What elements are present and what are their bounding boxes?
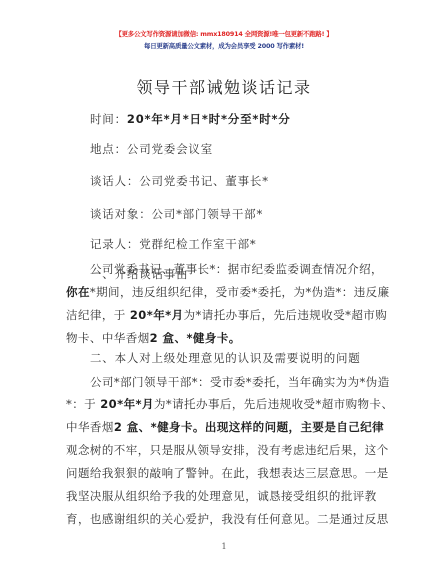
- text-run: 中华香烟: [66, 420, 114, 434]
- meta-speaker: 谈话人：公司党委书记、董事长*: [90, 173, 269, 189]
- promo-banner-line-2: 每日更新高质量公文素材，成为会员享受 2000 写作素材!: [0, 41, 448, 50]
- section-2-line: 公司*部门领导干部*：受市委*委托，当年确实为为*伪造: [90, 374, 382, 390]
- text-run: 洁纪律，于: [66, 308, 130, 322]
- section-1-line: 洁纪律，于 20*年*月为*请托办事后，先后违规收受*超市购: [66, 307, 382, 323]
- page-number: 1: [0, 542, 448, 551]
- section-2-heading: 二、本人对上级处理意见的认识及需要说明的问题: [90, 350, 361, 366]
- section-1-line: 公司党委书记、董事长*：据市纪委监委调查情况介绍，: [90, 261, 382, 277]
- section-1-line: 物卡、中华香烟2 盒、*健身卡。: [66, 330, 382, 346]
- bold-text-run: 20*年*月: [100, 397, 154, 411]
- promo-banner-line-1: 【更多公文写作资源请加微信: mmx180914 全网资源!唯一包更新不跑路! …: [0, 29, 448, 38]
- section-2-line: 中华香烟2 盒、*健身卡。出现这样的问题，主要是自己纪律: [66, 419, 382, 435]
- bold-text-run: 2 盒、*健身卡。: [150, 331, 241, 345]
- text-run: 物卡、中华香烟: [66, 331, 150, 345]
- text-run: *期间，违反组织纪律，受市委*委托，为*伪造*：违反廉: [90, 285, 390, 299]
- section-1-line: 你在*期间，违反组织纪律，受市委*委托，为*伪造*：违反廉: [66, 284, 382, 300]
- meta-recorder: 记录人：党群纪检工作室干部*: [90, 236, 256, 252]
- meta-time: 时间：20*年*月*日*时*分至*时*分: [90, 111, 291, 127]
- text-run: 公司*部门领导干部*：受市委*委托，当年确实为为*伪造: [90, 375, 390, 389]
- section-2-line: *：于 20*年*月为*请托办事后，先后违规收受*超市购物卡、: [66, 396, 382, 412]
- bold-text-run: 2 盒、*健身卡。出现这样的问题，主要是自己纪律: [114, 420, 384, 434]
- bold-text-run: 你在: [66, 285, 90, 299]
- text-run: 育，也感谢组织的关心爱护，我没有任何意见。二是通过反思: [66, 512, 389, 526]
- text-run: 观念树的不牢，只是服从领导安排，没有考虑违纪后果，这个: [66, 443, 389, 457]
- bold-text-run: 20*年*月: [130, 308, 184, 322]
- text-run: 为*请托办事后，先后违规收受*超市购物卡、: [154, 397, 393, 411]
- text-run: 为*请托办事后，先后违规收受*超市购: [184, 308, 388, 322]
- section-2-line: 我坚决服从组织给予我的处理意见，诚恳接受组织的批评教: [66, 488, 382, 504]
- text-run: *：于: [66, 397, 100, 411]
- section-2-line: 观念树的不牢，只是服从领导安排，没有考虑违纪后果，这个: [66, 442, 382, 458]
- meta-time-label: 时间：: [90, 112, 127, 126]
- section-2-line: 育，也感谢组织的关心爱护，我没有任何意见。二是通过反思: [66, 511, 382, 527]
- text-run: 问题给我狠狠的敲响了警钟。在此，我想表达三层意思。一是: [66, 466, 389, 480]
- meta-time-value: 20*年*月*日*时*分至*时*分: [127, 112, 291, 126]
- text-run: 我坚决服从组织给予我的处理意见，诚恳接受组织的批评教: [66, 489, 377, 503]
- section-2-line: 问题给我狠狠的敲响了警钟。在此，我想表达三层意思。一是: [66, 465, 382, 481]
- meta-place: 地点：公司党委会议室: [90, 141, 213, 157]
- document-title: 领导干部诫勉谈话记录: [0, 75, 448, 98]
- text-run: 公司党委书记、董事长*：据市纪委监委调查情况介绍，: [90, 262, 383, 276]
- document-page: 【更多公文写作资源请加微信: mmx180914 全网资源!唯一包更新不跑路! …: [0, 0, 448, 580]
- meta-target: 谈话对象：公司*部门领导干部*: [90, 206, 263, 222]
